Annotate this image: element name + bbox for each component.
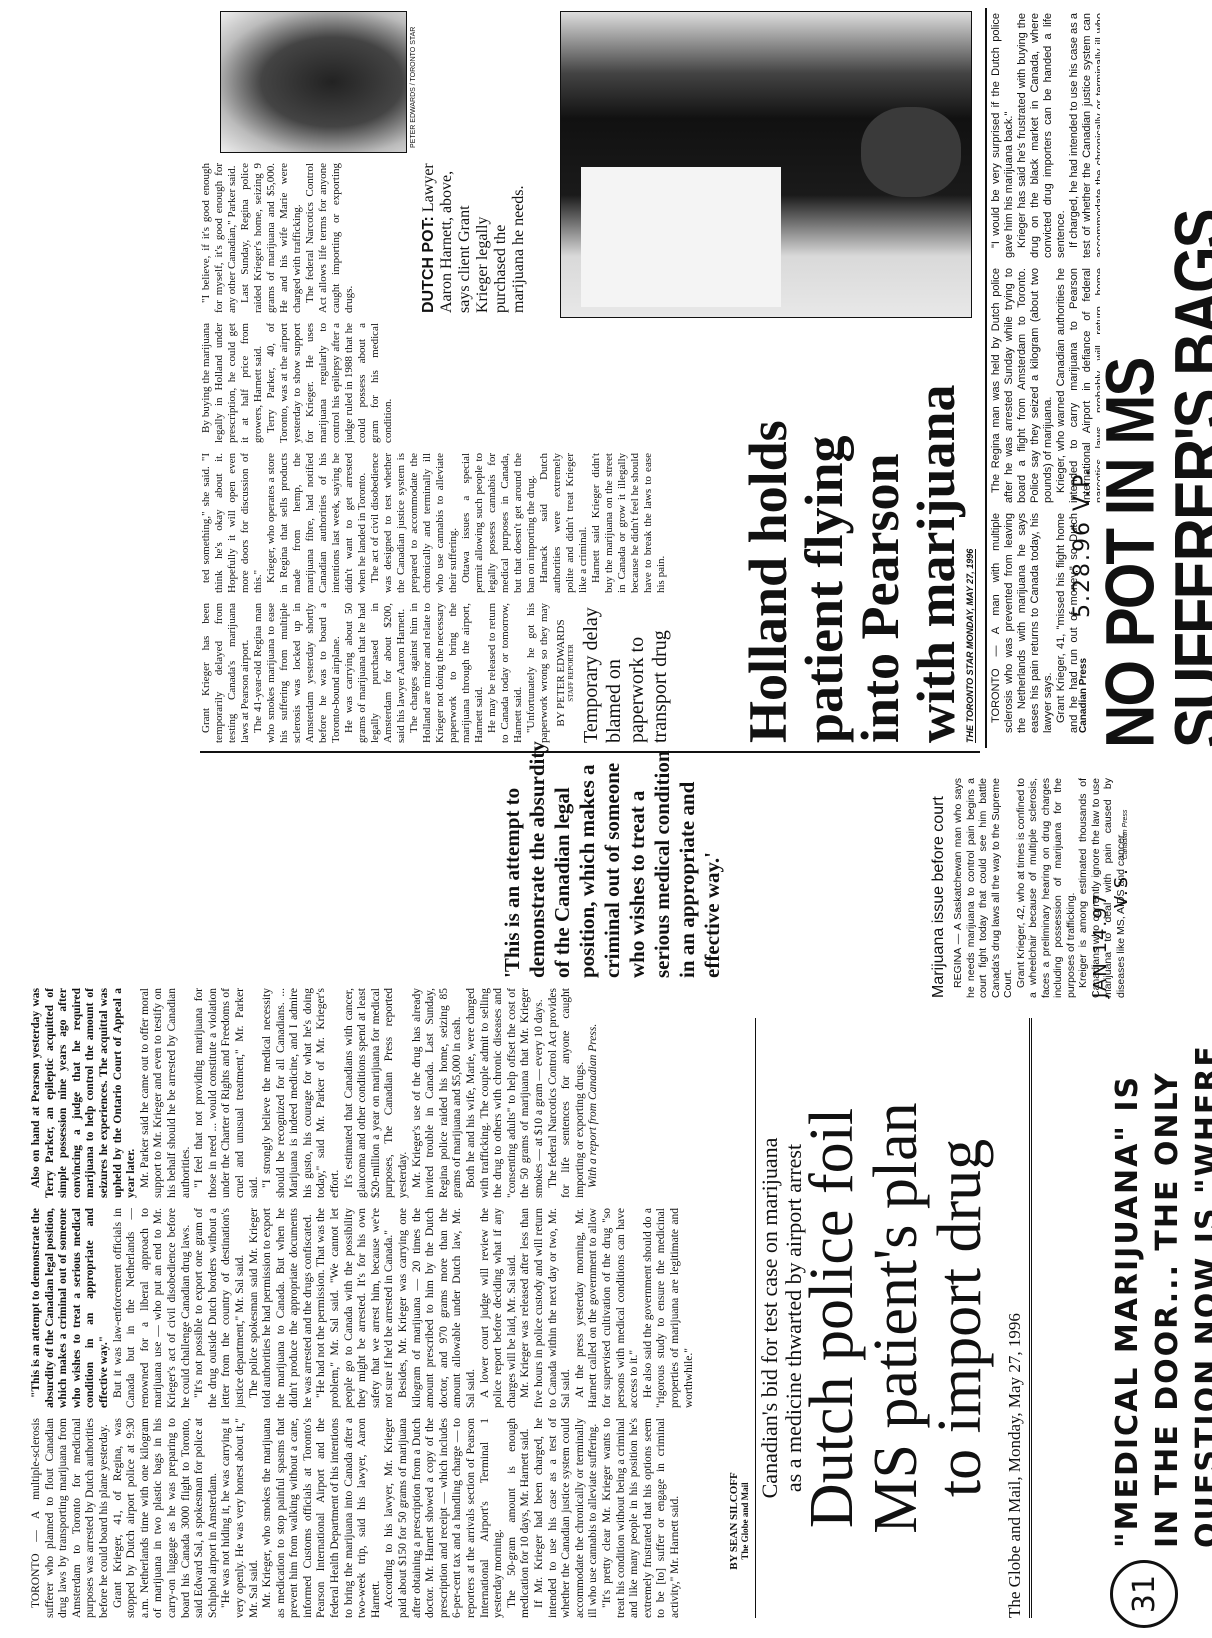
globe-deck: Canadian's bid for test case on marijuan… [755, 1018, 806, 1618]
star-main-deck: Temporary delay blamed on paperwork to t… [580, 603, 672, 743]
globe-column-2: "This is an attempt to demonstrate the a… [30, 1208, 750, 1408]
globe-byline: BY SEAN SILCOFF The Globe and Mail [728, 1426, 750, 1616]
star-main-byline: BY PETER EDWARDS STAFF REPORTER [555, 603, 575, 743]
star-top-column-1: TORONTO — A man with multiple sclerosis … [990, 513, 1078, 733]
star-top-column-3: "I would be very surprised if the Dutch … [990, 13, 1100, 258]
cutline-kicker: DUTCH POT: [420, 216, 437, 313]
globe-column-3: Also on hand at Pearson yesterday was Te… [30, 988, 690, 1198]
star-main-headline: Holland holds patient flying into Pearso… [740, 323, 964, 743]
globe-pull-quote: 'This is an attempt to demonstrate the a… [500, 738, 725, 978]
photo-document [581, 167, 781, 307]
circled-page-number: 31 [1110, 1560, 1178, 1628]
star-main-dateline: THE TORONTO STAR MONDAY, MAY 27, 1996 [965, 549, 976, 743]
cp-brief-headline: Marijuana issue before court [930, 778, 948, 998]
star-top-headline: NO POT IN MS SUFFERER'S BAGS [1096, 8, 1212, 748]
star-main-column-1: Grant Krieger has been temporarily delay… [200, 603, 550, 743]
circled-number-text: 31 [1127, 1575, 1162, 1613]
globe-masthead: The Globe and Mail, Monday, May 27, 1996 [1005, 1018, 1032, 1618]
star-top-source: Canadian Press [1078, 658, 1089, 733]
globe-headline: Dutch police foil MS patient's plan to i… [800, 1018, 992, 1618]
star-top-divider [985, 8, 987, 748]
star-main-byline-role: STAFF REPORTER [567, 603, 575, 743]
photo-subject-head [861, 107, 961, 197]
star-main-column-2: ted something," she said. "I think he's … [200, 453, 730, 593]
handwritten-date-cp: JAN 14.97 V.S. Canadian Press [1090, 778, 1132, 998]
photo-credit: PETER EDWARDS / TORONTO STAR [410, 27, 417, 148]
globe-byline-org: The Globe and Mail [740, 1426, 750, 1616]
cp-brief: Marijuana issue before court REGINA — A … [930, 778, 1127, 998]
lawyer-photo [560, 11, 972, 318]
newspaper-clipping-page: 31 "MEDICAL MARIJUANA" IS IN THE DOOR...… [0, 0, 1212, 1638]
globe-column-1: TORONTO — A multiple-sclerosis sufferer … [30, 1418, 720, 1618]
star-main-column-3: By buying the marijuana legally in Holla… [200, 323, 730, 443]
star-main-column-4: "I believe, if it's good enough for myse… [200, 163, 410, 313]
column-divider-1 [200, 751, 980, 753]
krieger-photo [220, 11, 407, 153]
photo-cutline: DUTCH POT: Lawyer Aaron Harnett, above, … [420, 163, 528, 313]
star-top-column-2: The Regina man was held by Dutch police … [990, 268, 1100, 503]
